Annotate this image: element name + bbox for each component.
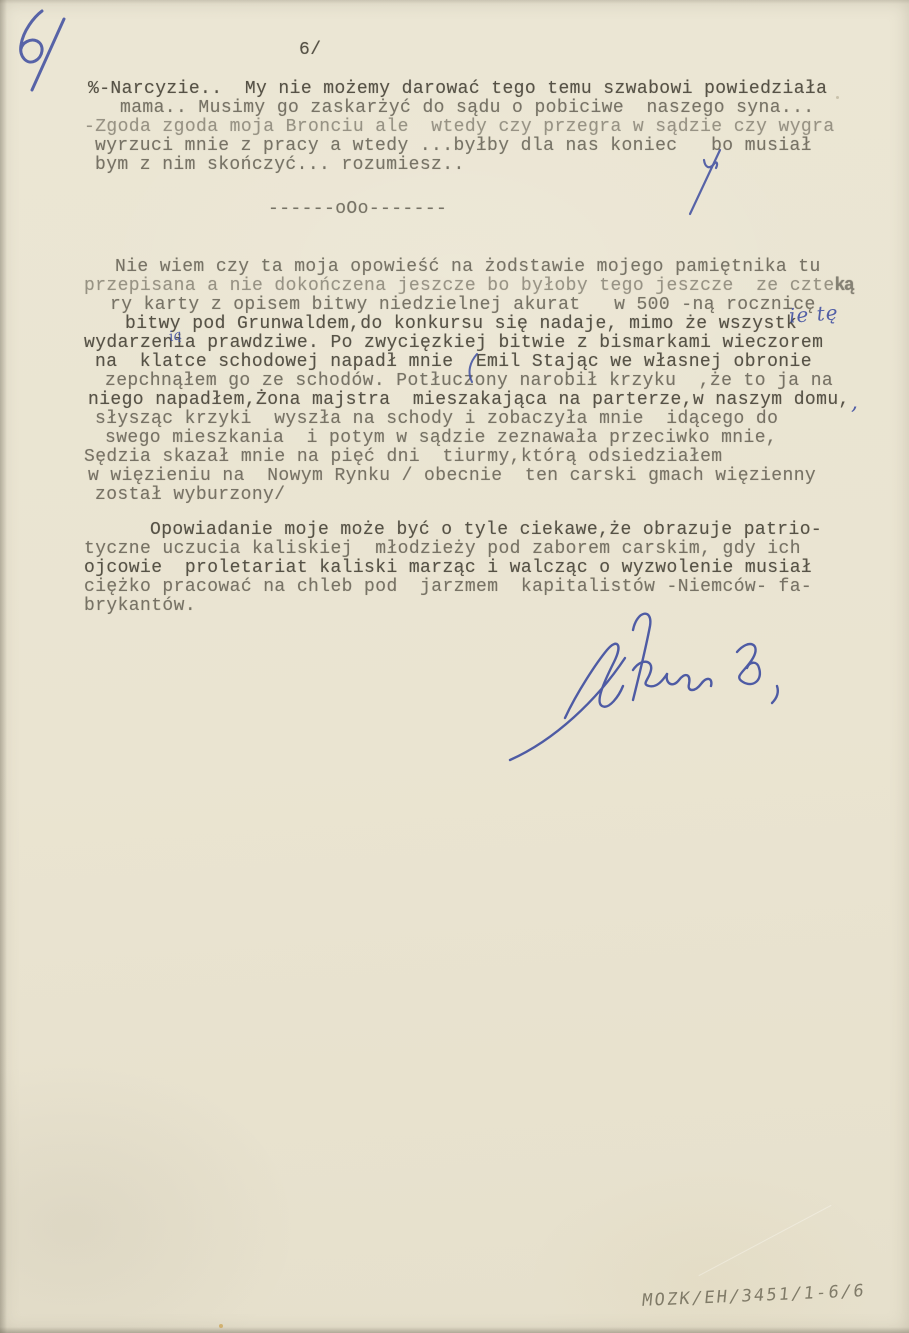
signature-comma bbox=[772, 686, 778, 703]
typed-line: ojcowie proletariat kaliski marząc i wal… bbox=[84, 559, 822, 578]
typed-line: bitwy pod Grunwaldem,do konkursu się nad… bbox=[125, 315, 853, 334]
catalog-number: MOZK/EH/3451/1-6/6 bbox=[641, 1281, 867, 1311]
signature-squiggle bbox=[667, 674, 712, 690]
blue-comma-domu: , bbox=[851, 390, 858, 415]
typed-line: przepisana a nie dokończena jeszcze bo b… bbox=[84, 277, 853, 296]
typed-line: niego napadłem,Żona majstra mieszakająca… bbox=[88, 391, 853, 410]
typed-line: został wyburzony/ bbox=[95, 486, 853, 505]
typed-line: Opowiadanie moje może być o tyle ciekawe… bbox=[150, 521, 822, 540]
handwritten-page-mark bbox=[10, 4, 80, 99]
typed-line: -Zgoda zgoda moja Bronciu ale wtedy czy … bbox=[84, 118, 835, 137]
typed-line: Sędzia skazał mnie na pięć dni tiurmy,kt… bbox=[84, 448, 853, 467]
typed-line: wydarzenia prawdziwe. Po zwycięzkiej bit… bbox=[84, 334, 853, 353]
typed-line: w więzieniu na Nowym Rynku / obecnie ten… bbox=[88, 467, 853, 486]
typed-line: słysząc krzyki wyszła na schody i zobacz… bbox=[95, 410, 853, 429]
signature-tall-loop bbox=[633, 614, 650, 700]
typed-line: swego mieszkania i potym w sądzie zeznaw… bbox=[105, 429, 853, 448]
typed-page-number: 6/ bbox=[299, 41, 321, 60]
blue-mark-stajac bbox=[462, 352, 482, 384]
typed-line: Nie wiem czy ta moja opowieść na żodstaw… bbox=[115, 258, 853, 277]
paper-speck bbox=[219, 1324, 223, 1328]
typed-line: mama.. Musimy go zaskarżyć do sądu o pob… bbox=[120, 99, 835, 118]
typed-line: ciężko pracować na chleb pod jarzmem kap… bbox=[84, 578, 822, 597]
typed-line: ry karty z opisem bitwy niedzielnej akur… bbox=[110, 296, 853, 315]
signature bbox=[505, 600, 805, 775]
scanned-typescript-page: 6/ %-Narcyzie.. My nie możemy darować te… bbox=[0, 0, 909, 1333]
typed-line: tyczne uczucia kaliskiej młodzieży pod z… bbox=[84, 540, 822, 559]
overstrike-correction: ką bbox=[835, 276, 854, 296]
paper-crease bbox=[699, 1205, 832, 1276]
blue-insertion-mark-bo bbox=[682, 140, 737, 220]
hand-six-stroke bbox=[21, 11, 42, 62]
paper-speck bbox=[836, 96, 839, 99]
comma-insertion-stroke bbox=[470, 354, 477, 382]
signature-ending-loop bbox=[737, 644, 760, 684]
blue-insertion-wszystkie: ie tę bbox=[788, 300, 839, 327]
typed-line: %-Narcyzie.. My nie możemy darować tego … bbox=[88, 80, 835, 99]
section-divider: ------oOo------- bbox=[268, 200, 447, 219]
signature-initial-loop bbox=[565, 644, 623, 718]
hand-slash-stroke bbox=[32, 19, 64, 90]
